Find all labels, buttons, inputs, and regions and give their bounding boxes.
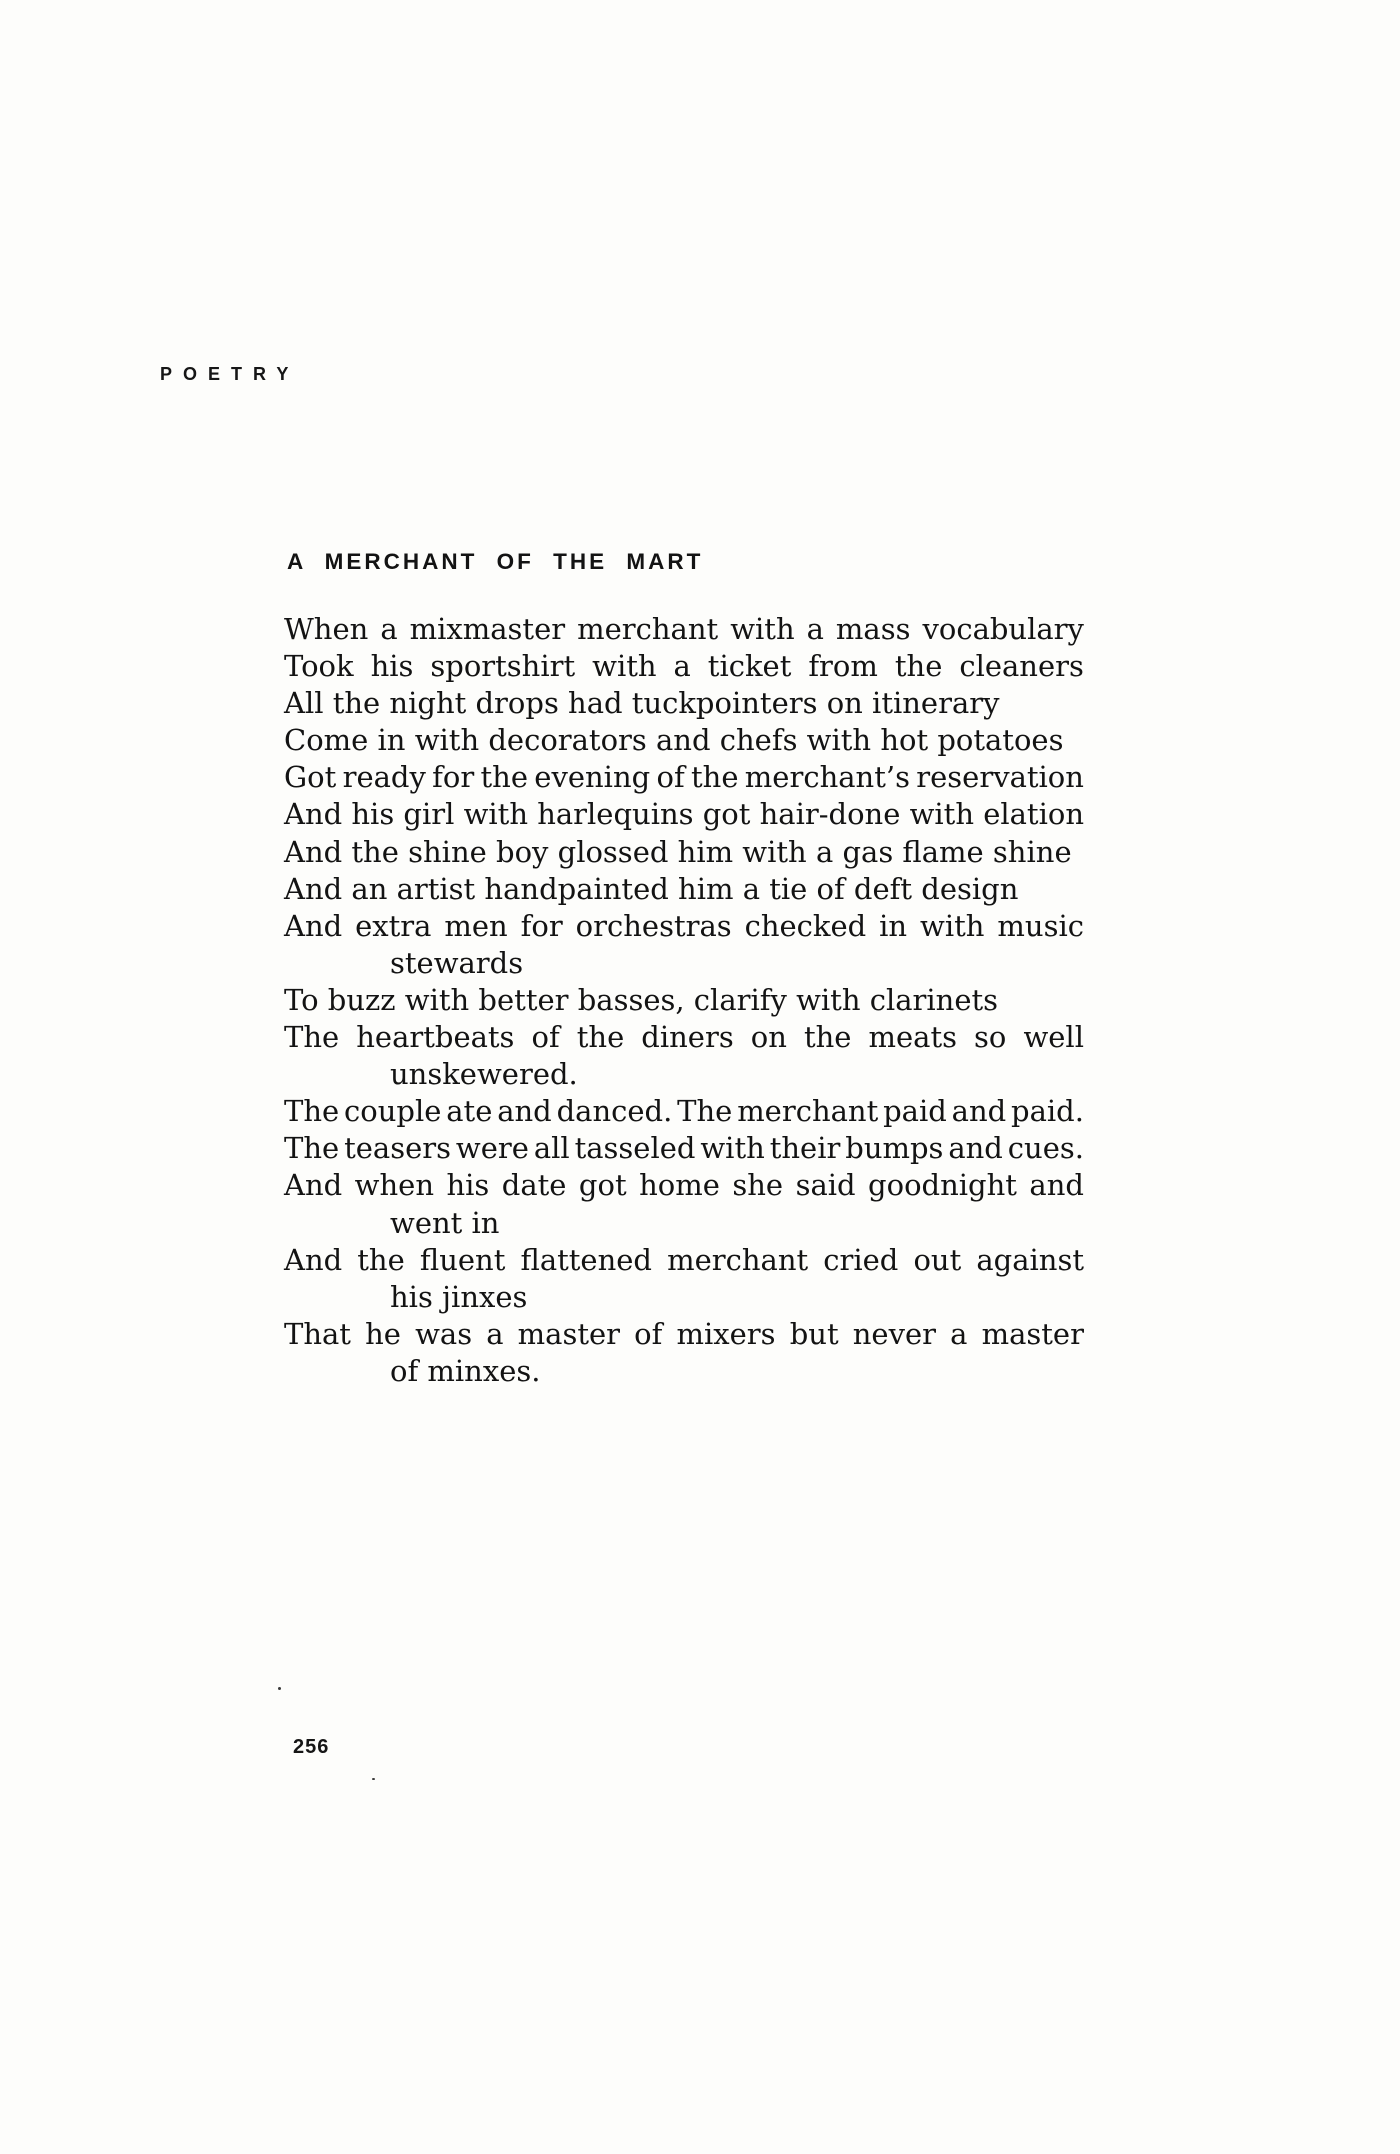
poem-word: Got (284, 759, 336, 796)
poem-word: his (351, 796, 394, 833)
poem-word: the (691, 759, 739, 796)
poem-word: The (284, 1093, 339, 1130)
poem-line: his jinxes (284, 1279, 1084, 1316)
poem-word: but (790, 1316, 839, 1353)
poem-word: orchestras (576, 908, 732, 945)
poem-word: home (639, 1167, 720, 1204)
poem-word: The (677, 1093, 732, 1130)
poem-word: with (920, 908, 984, 945)
poem-line: stewards (284, 945, 1084, 982)
poem-line: of minxes. (284, 1353, 1084, 1390)
poem-word: The (284, 1130, 339, 1167)
poem-word: cleaners (959, 648, 1084, 685)
poem-line: Tookhissportshirtwithaticketfromtheclean… (284, 648, 1084, 685)
poem-word: of (657, 759, 685, 796)
poem-word: for (432, 759, 474, 796)
poem-word: when (355, 1167, 434, 1204)
poem-word: master (982, 1316, 1084, 1353)
poem-word: diners (641, 1019, 733, 1056)
poem-word: And (284, 1242, 342, 1279)
poem-word: and (1029, 1167, 1084, 1204)
poem-word: cried (823, 1242, 898, 1279)
poem-word: from (808, 648, 878, 685)
poem-word: well (1023, 1019, 1084, 1056)
poem-word: And (284, 1167, 342, 1204)
poem-word: mixers (677, 1316, 776, 1353)
poem-word: a (950, 1316, 967, 1353)
poem-line: Andthefluentflattenedmerchantcriedoutaga… (284, 1242, 1084, 1279)
poem-word: a (807, 611, 824, 648)
poem-word: couple (344, 1093, 441, 1130)
poem-line: And the shine boy glossed him with a gas… (284, 834, 1084, 871)
poem-line: unskewered. (284, 1056, 1084, 1093)
poem-word: out (913, 1242, 961, 1279)
book-page: POETRY A MERCHANT OF THE MART Whenamixma… (0, 0, 1400, 2154)
poem-word: ate (446, 1093, 492, 1130)
poem-word: meats (869, 1019, 958, 1056)
poem-word: the (577, 1019, 625, 1056)
poem-word: and (948, 1130, 1003, 1167)
poem-word: against (976, 1242, 1084, 1279)
poem-word: master (518, 1316, 620, 1353)
poem-word: their (770, 1130, 841, 1167)
poem-word: a (674, 648, 691, 685)
poem-word: a (380, 611, 397, 648)
poem-word: of (634, 1316, 662, 1353)
poem-word: That (284, 1316, 351, 1353)
poem-word: date (502, 1167, 567, 1204)
poem-line: Andextramenfororchestrascheckedinwithmus… (284, 908, 1084, 945)
poem-line: All the night drops had tuckpointers on … (284, 685, 1084, 722)
poem-word: mixmaster (410, 611, 565, 648)
poem-word: tasseled (575, 1130, 696, 1167)
poem-word: evening (534, 759, 650, 796)
poem-word: his (446, 1167, 489, 1204)
poem-word: ticket (708, 648, 792, 685)
poem-word: elation (983, 796, 1084, 833)
poem-word: teasers (344, 1130, 451, 1167)
poem-line: Come in with decorators and chefs with h… (284, 722, 1084, 759)
page-number: 256 (293, 1736, 329, 1759)
poem-word: And (284, 908, 342, 945)
poem-word: never (853, 1316, 936, 1353)
poem-word: vocabulary (922, 611, 1083, 648)
scan-speck (278, 1687, 281, 1690)
poem-word: for (521, 908, 563, 945)
poem-body: Whenamixmastermerchantwithamassvocabular… (284, 611, 1084, 1390)
poem-word: merchant (737, 1093, 878, 1130)
poem-line: And an artist handpainted him a tie of d… (284, 871, 1084, 908)
poem-title: A MERCHANT OF THE MART (287, 549, 703, 575)
poem-word: merchant (667, 1242, 808, 1279)
poem-word: Took (284, 648, 354, 685)
poem-word: she (732, 1167, 783, 1204)
poem-word: were (456, 1130, 529, 1167)
poem-word: got (579, 1167, 627, 1204)
poem-word: ready (343, 759, 426, 796)
poem-word: harlequins (537, 796, 693, 833)
poem-word: When (284, 611, 368, 648)
poem-line: Andhisgirlwithharlequinsgothair-donewith… (284, 796, 1084, 833)
poem-word: girl (403, 796, 454, 833)
poem-line: Theteaserswerealltasseledwiththeirbumpsa… (284, 1130, 1084, 1167)
poem-word: reservation (916, 759, 1084, 796)
poem-word: And (284, 796, 342, 833)
poem-word: was (415, 1316, 472, 1353)
poem-word: flattened (520, 1242, 652, 1279)
poem-word: with (592, 648, 656, 685)
poem-word: a (486, 1316, 503, 1353)
poem-word: the (357, 1242, 405, 1279)
poem-word: bumps (845, 1130, 943, 1167)
poem-word: mass (836, 611, 911, 648)
poem-word: of (531, 1019, 559, 1056)
poem-word: the (895, 648, 943, 685)
poem-word: cues. (1008, 1130, 1084, 1167)
poem-word: got (703, 796, 751, 833)
poem-line: Thecoupleateanddanced.Themerchantpaidand… (284, 1093, 1084, 1130)
poem-word: danced. (557, 1093, 673, 1130)
poem-word: all (534, 1130, 570, 1167)
poem-word: his (371, 648, 414, 685)
scan-speck (372, 1778, 375, 1780)
poem-word: extra (355, 908, 431, 945)
running-head: POETRY (160, 364, 299, 385)
poem-word: so (974, 1019, 1006, 1056)
poem-word: with (464, 796, 528, 833)
poem-line: Gotreadyfortheeveningofthemerchant’srese… (284, 759, 1084, 796)
poem-word: hair-done (760, 796, 901, 833)
poem-word: sportshirt (430, 648, 575, 685)
poem-word: and (952, 1093, 1007, 1130)
poem-word: merchant’s (745, 759, 910, 796)
poem-line: Whenamixmastermerchantwithamassvocabular… (284, 611, 1084, 648)
poem-word: checked (745, 908, 867, 945)
poem-word: in (879, 908, 907, 945)
poem-word: with (910, 796, 974, 833)
poem-word: on (751, 1019, 787, 1056)
poem-line: Andwhenhisdategothomeshesaidgoodnightand (284, 1167, 1084, 1204)
poem-word: merchant (577, 611, 718, 648)
poem-word: with (730, 611, 794, 648)
poem-word: paid. (1011, 1093, 1084, 1130)
poem-word: the (804, 1019, 852, 1056)
poem-word: The (284, 1019, 339, 1056)
poem-word: men (444, 908, 507, 945)
poem-word: he (365, 1316, 401, 1353)
poem-line: To buzz with better basses, clarify with… (284, 982, 1084, 1019)
poem-word: said (796, 1167, 856, 1204)
poem-word: music (997, 908, 1084, 945)
poem-word: and (497, 1093, 552, 1130)
poem-word: goodnight (868, 1167, 1017, 1204)
poem-word: paid (883, 1093, 947, 1130)
poem-word: heartbeats (356, 1019, 514, 1056)
poem-word: fluent (420, 1242, 506, 1279)
poem-line: Theheartbeatsofthedinersonthemeatssowell (284, 1019, 1084, 1056)
poem-line: went in (284, 1205, 1084, 1242)
poem-line: Thathewasamasterofmixersbutneveramaster (284, 1316, 1084, 1353)
poem-word: the (481, 759, 529, 796)
poem-word: with (700, 1130, 764, 1167)
